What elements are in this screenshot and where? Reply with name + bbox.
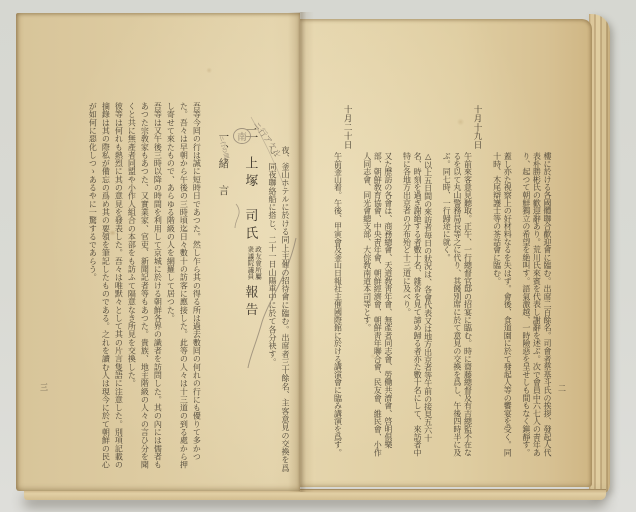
author-affiliation: 政友會所屬衆議院議員 <box>246 246 261 280</box>
affiliation-line-1: 政友會所屬 <box>253 246 261 280</box>
diary-paragraph: 夜、釜山ホテルに於ける同上主催の招待會に臨む。出席者三十餘名、主客意見の交換を爲… <box>266 146 292 472</box>
diary-paragraph: 午前來客意見聽取。正午、一行總督官邸の招宴に臨む。時に齋藤總督及有吉總監不在なる… <box>441 152 473 457</box>
body-paragraph: 吾等今囘の行は誠に短時日であつた。然し乍ら其の得る所は過去數囘の何れの行にも優り… <box>164 102 203 472</box>
right-page-text-flow: 樓に於ける各國體聯合歡迎會に臨む。出席二百餘名。司會者蔡基斗氏の挨拶、發起人代表… <box>324 105 552 457</box>
report-label: 報告 <box>243 285 258 320</box>
diary-paragraph: 蓋し亦た視察上の好材料なるを失はず。會後、食道園に於て發起人等の饗宴を受く。同十… <box>491 152 512 457</box>
left-page-text-flow: 夜、釜山ホテルに於ける同上主催の招待會に臨む。出席者三十餘名、主客意見の交換を爲… <box>86 102 292 472</box>
body-paragraph: 彼等は何れも熱烈に其の意見を發表した。吾々は唯默々として其の片言隻語に注意した。… <box>86 102 125 472</box>
left-page: 夜、釜山ホテルに於ける同上主催の招待會に臨む。出席者三十餘名、主客意見の交換を爲… <box>16 13 300 491</box>
right-page-number: 二 <box>558 383 566 394</box>
date-heading: 十月十九日 <box>472 105 483 457</box>
right-page-stack-edges <box>589 14 610 496</box>
affiliation-line-2: 衆議院議員 <box>246 246 254 280</box>
section-subheading: 一、緒 言 <box>216 131 229 472</box>
report-section-number: 二 <box>243 126 258 144</box>
report-author-name: 上塚 司氏 <box>243 156 258 244</box>
report-title: 二上塚 司氏政友會所屬衆議院議員報告 <box>242 126 261 472</box>
diary-paragraph: 午前釜山着。午後、甲寅會及釜山日報社主催國際館に於ける講演會に臨み講演を爲す。 <box>332 152 343 457</box>
body-paragraph: 吾等は又午後三時以降の時間を利用して京城に於ける朝鮮各界の識者を訪問した。其の內… <box>125 102 164 472</box>
left-page-number: 三 <box>40 382 48 393</box>
date-heading: 十月二十日 <box>343 105 354 457</box>
book-scan-photo: 夜、釜山ホテルに於ける同上主催の招待會に臨む。出席者三十餘名、主客意見の交換を爲… <box>0 0 636 512</box>
diary-paragraph: 樓に於ける各國體聯合歡迎會に臨む。出席二百餘名。司會者蔡基斗氏の挨拶、發起人代表… <box>520 152 552 457</box>
diary-paragraph: 又た歷訪の各會は、商務總會、天道敎靑年會、無產者同志會、勞働共濟會、啓明倶樂部、… <box>361 152 393 457</box>
diary-paragraph: △以上五日間の來訪者毎日の狀況は、各會代表又は地方出京者等午前の接見五六十名、時… <box>401 152 433 457</box>
right-page: 樓に於ける各國體聯合歡迎會に臨む。出席二百餘名。司會者蔡基斗氏の挨拶、發起人代表… <box>300 19 592 487</box>
